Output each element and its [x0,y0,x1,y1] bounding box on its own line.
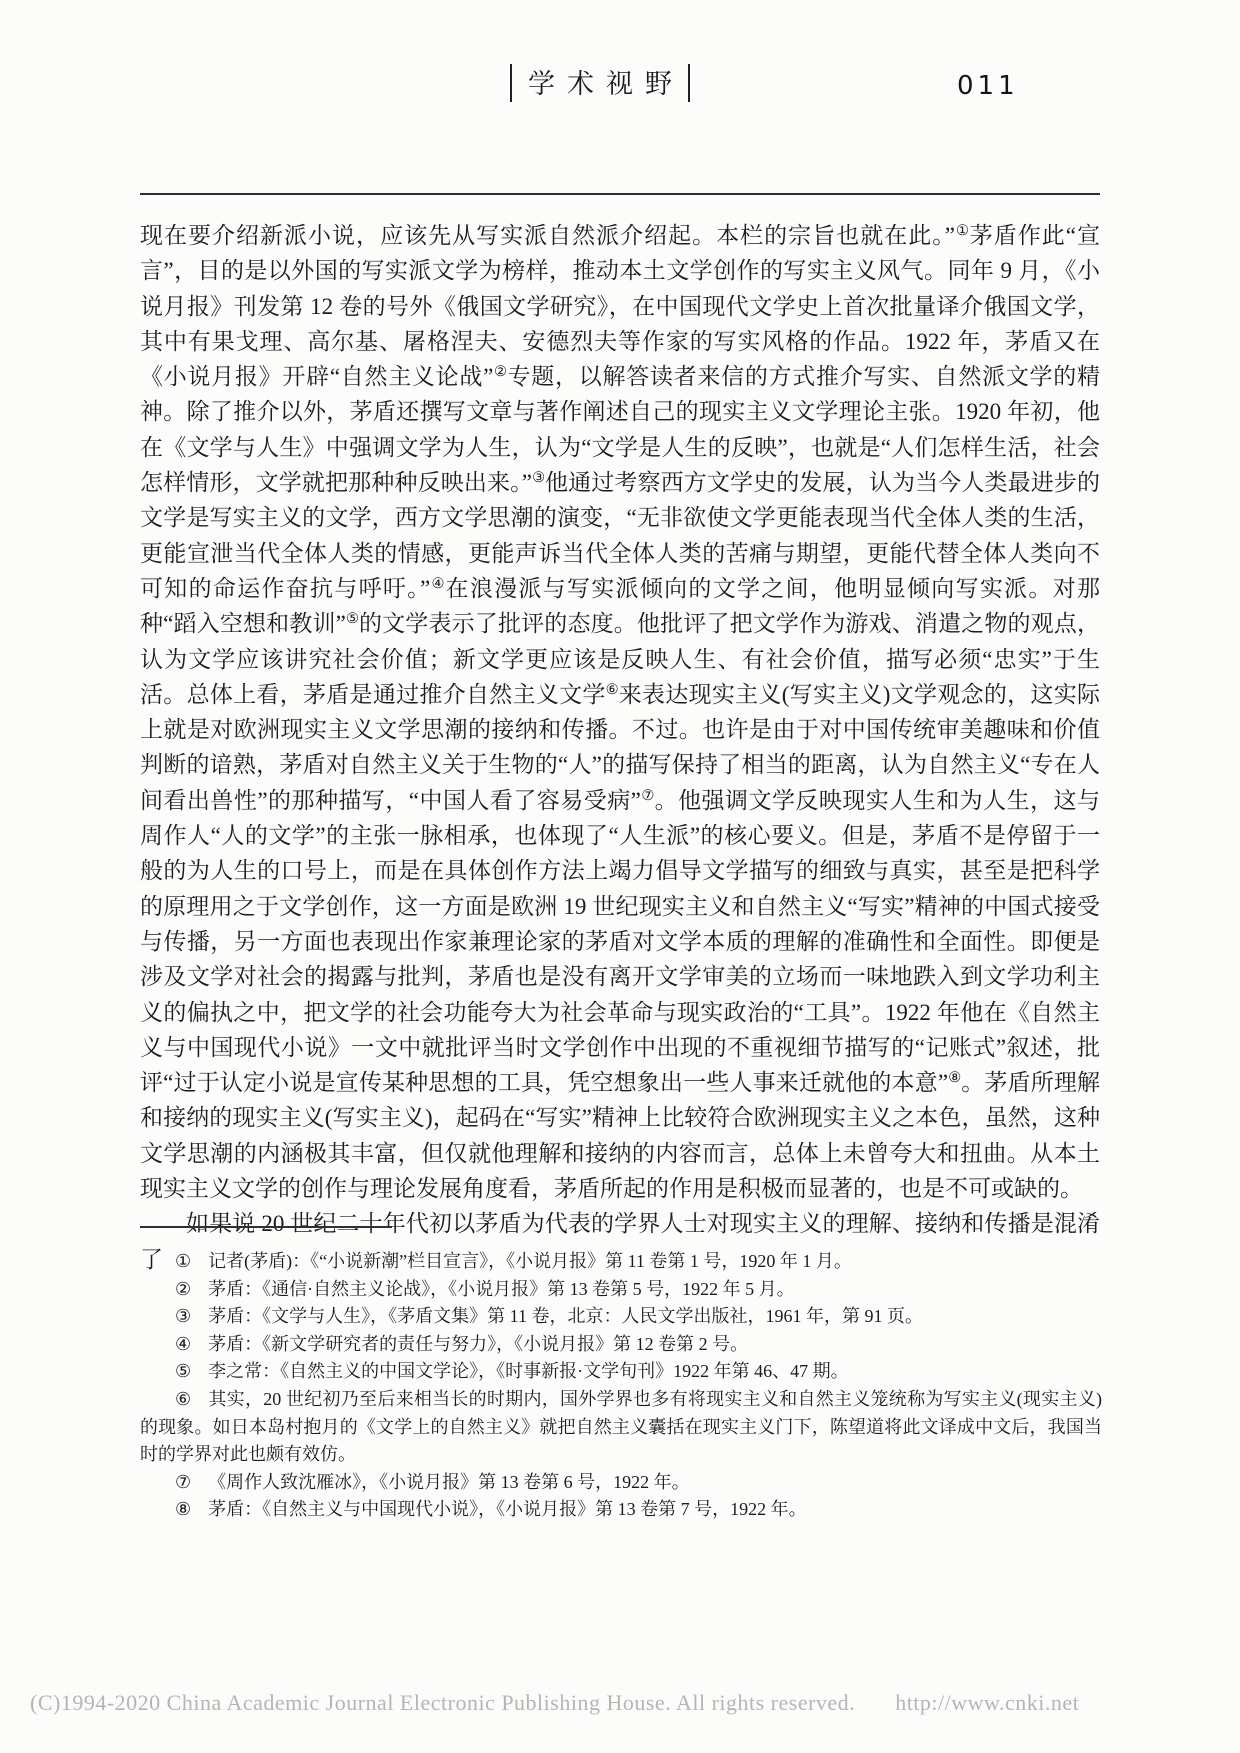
header-section-title: 学术视野 [528,69,684,99]
footnote-text: 茅盾：《文学与人生》，《茅盾文集》第 11 卷，北京：人民文学出版社，1961 … [208,1306,923,1326]
footnote-text: 茅盾：《通信·自然主义论战》，《小说月报》第 13 卷第 5 号，1922 年 … [208,1279,795,1299]
header-right-bar [688,64,690,102]
footnote-number: ⑤ [175,1358,191,1386]
footnote-separator-rule [140,1226,392,1228]
footnote-number: ⑥ [175,1386,191,1414]
footer-url: http://www.cnki.net [895,1690,1079,1715]
footnote-number: ⑦ [175,1469,191,1497]
footnote-list: ①记者(茅盾)：《“小说新潮”栏目宣言》，《小说月报》第 11 卷第 1 号，1… [140,1248,1102,1524]
page-footer: (C)1994-2020 China Academic Journal Elec… [30,1690,1079,1716]
footnote-item: ⑤李之常：《自然主义的中国文学论》，《时事新报·文学旬刊》1922 年第 46、… [140,1358,1102,1386]
copyright-text: (C)1994-2020 China Academic Journal Elec… [30,1690,855,1715]
footnote-item: ②茅盾：《通信·自然主义论战》，《小说月报》第 13 卷第 5 号，1922 年… [140,1276,1102,1304]
footnote-item: ⑥其实，20 世纪初乃至后来相当长的时期内，国外学界也多有将现实主义和自然主义笼… [140,1386,1102,1469]
footnote-text: 其实，20 世纪初乃至后来相当长的时期内，国外学界也多有将现实主义和自然主义笼统… [140,1389,1102,1464]
footnote-text: 记者(茅盾)：《“小说新潮”栏目宣言》，《小说月报》第 11 卷第 1 号，19… [208,1251,852,1271]
journal-header: 学术视野 [0,62,1200,102]
footnote-text: 茅盾：《新文学研究者的责任与努力》，《小说月报》第 12 卷第 2 号。 [208,1334,748,1354]
footnote-item: ⑦《周作人致沈雁冰》，《小说月报》第 13 卷第 6 号，1922 年。 [140,1469,1102,1497]
page-number: 011 [957,71,1019,101]
header-divider-rule [140,193,1100,195]
body-paragraph-1: 现在要介绍新派小说，应该先从写实派自然派介绍起。本栏的宗旨也就在此。”①茅盾作此… [140,218,1100,1206]
article-body: 现在要介绍新派小说，应该先从写实派自然派介绍起。本栏的宗旨也就在此。”①茅盾作此… [140,218,1100,1277]
footnote-item: ④茅盾：《新文学研究者的责任与努力》，《小说月报》第 12 卷第 2 号。 [140,1331,1102,1359]
footnote-text: 李之常：《自然主义的中国文学论》，《时事新报·文学旬刊》1922 年第 46、4… [208,1361,849,1381]
footnote-number: ⑧ [175,1496,191,1524]
footnote-number: ② [175,1276,191,1304]
footnote-item: ③茅盾：《文学与人生》，《茅盾文集》第 11 卷，北京：人民文学出版社，1961… [140,1303,1102,1331]
footnote-item: ①记者(茅盾)：《“小说新潮”栏目宣言》，《小说月报》第 11 卷第 1 号，1… [140,1248,1102,1276]
footnote-number: ③ [175,1303,191,1331]
footnote-number: ① [175,1248,191,1276]
footnote-text: 《周作人致沈雁冰》，《小说月报》第 13 卷第 6 号，1922 年。 [208,1472,690,1492]
footnote-item: ⑧茅盾：《自然主义与中国现代小说》，《小说月报》第 13 卷第 7 号，1922… [140,1496,1102,1524]
header-left-bar [510,64,512,102]
footnote-number: ④ [175,1331,191,1359]
scanned-journal-page: 学术视野 011 现在要介绍新派小说，应该先从写实派自然派介绍起。本栏的宗旨也就… [0,0,1240,1753]
footnote-text: 茅盾：《自然主义与中国现代小说》，《小说月报》第 13 卷第 7 号，1922 … [208,1499,807,1519]
